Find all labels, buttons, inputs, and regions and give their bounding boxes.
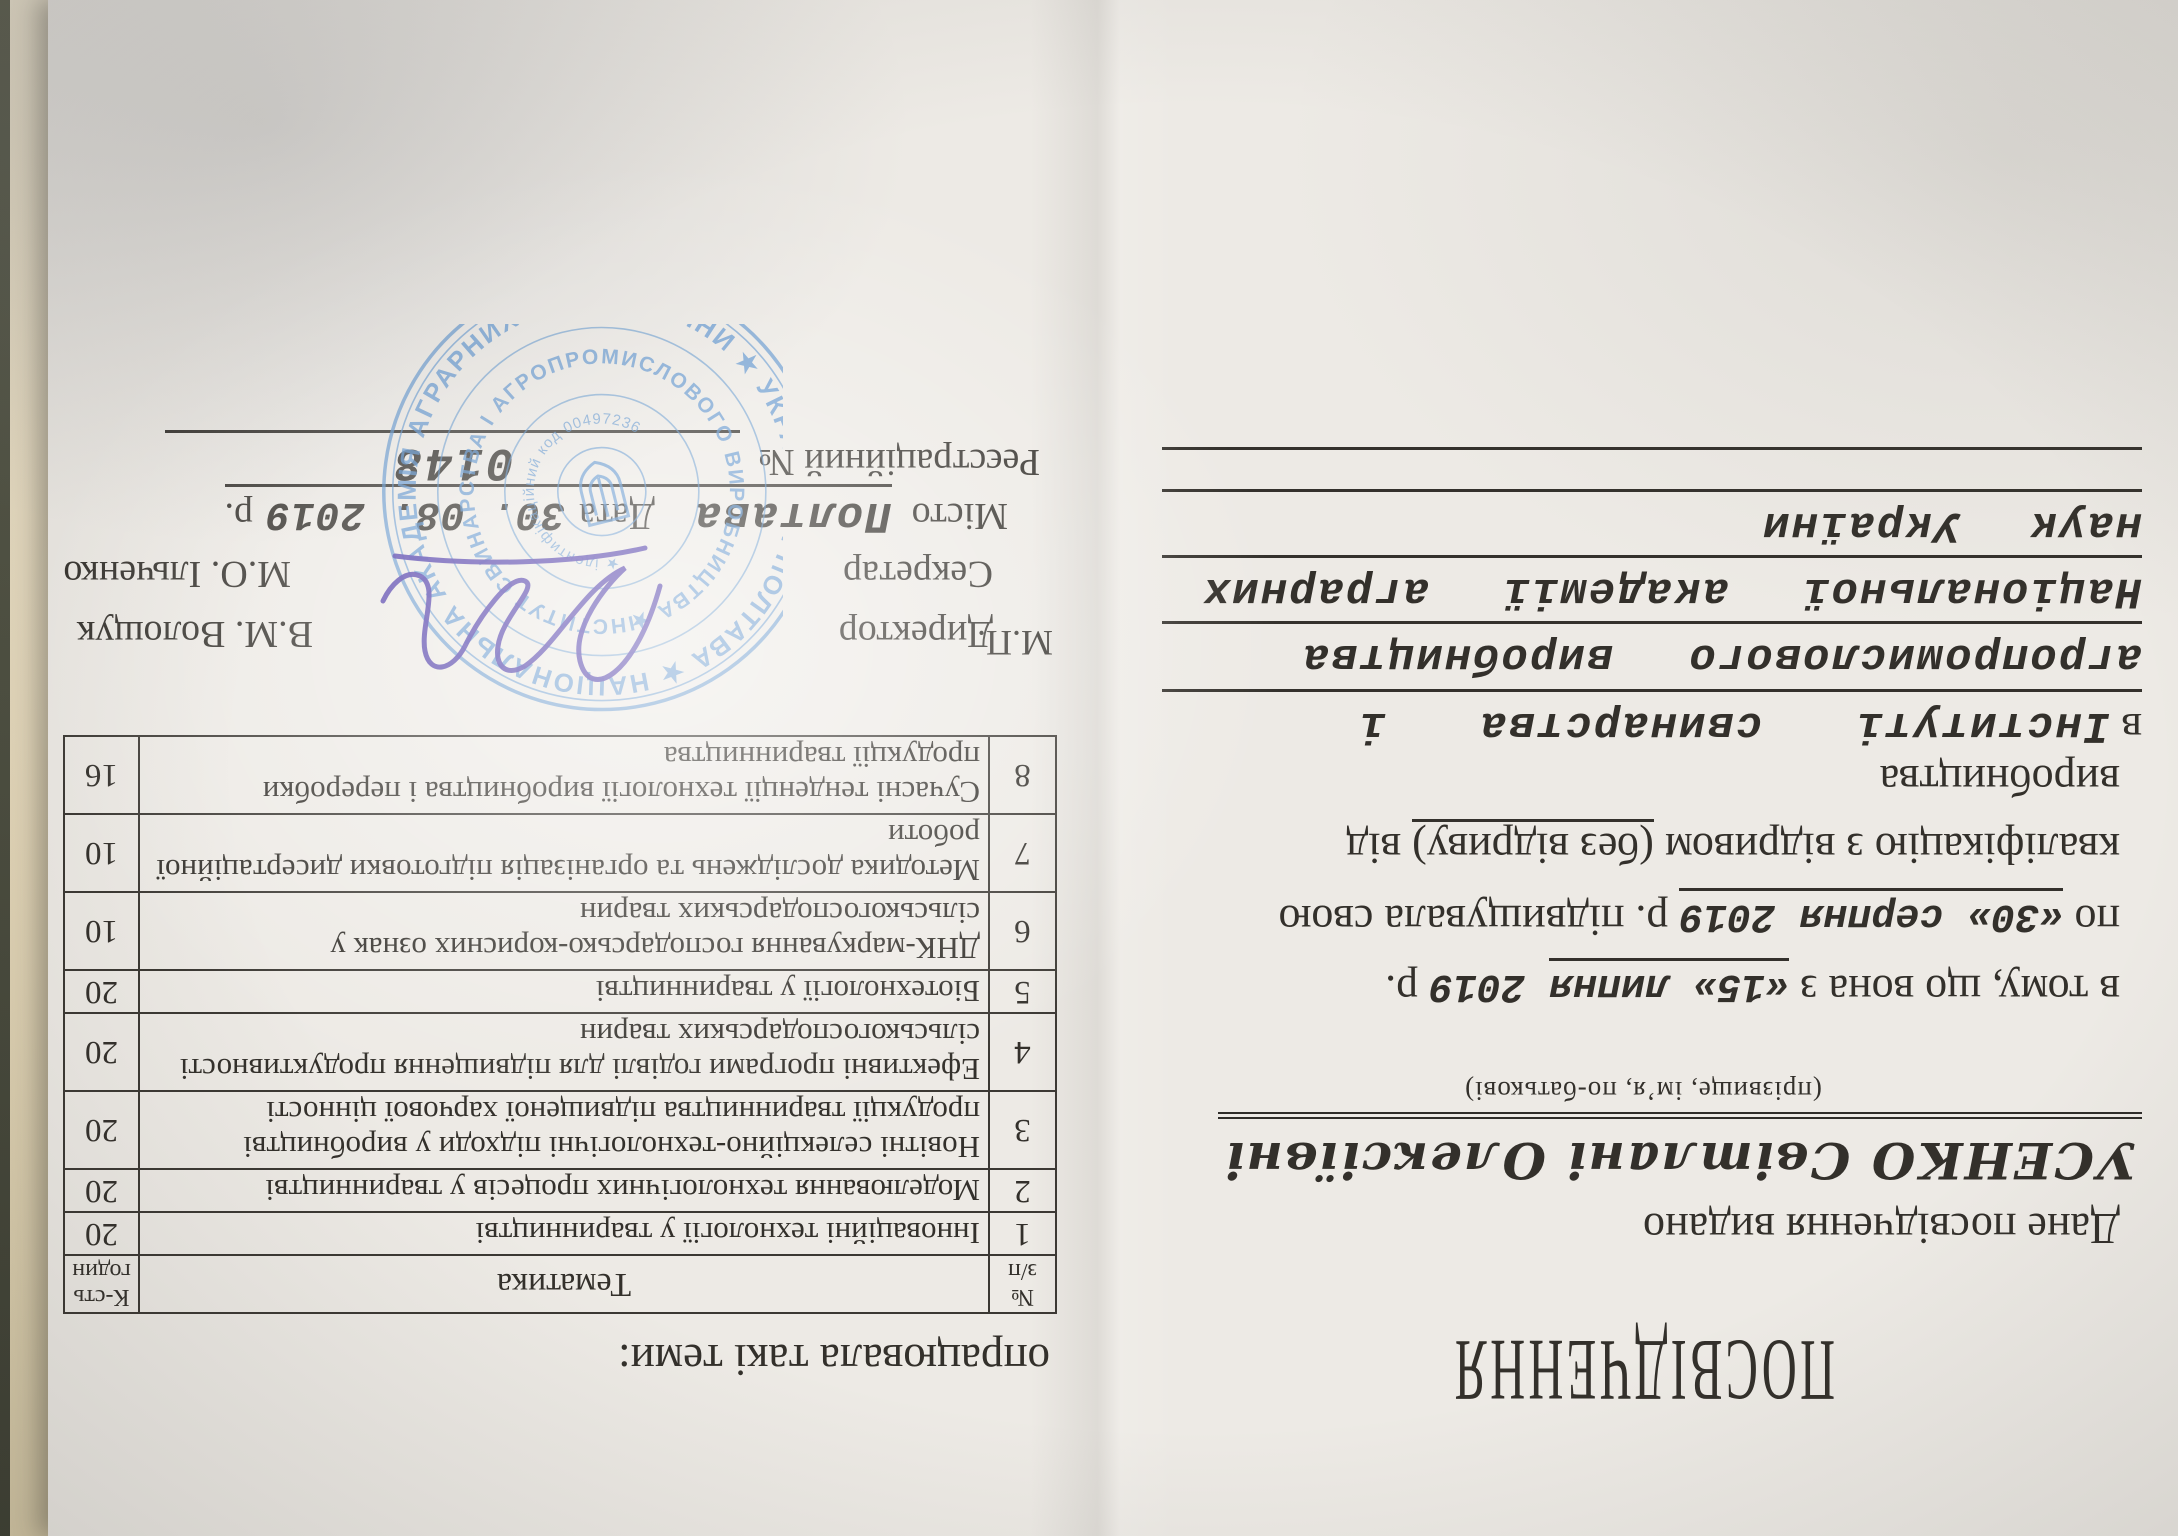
institute-line-1: в Інституті свинарства і	[1162, 689, 2142, 754]
certificate-right-page: опрацювала такі теми: № з/п Тематика К-с…	[45, 0, 1103, 1536]
qualification-line: кваліфікацію з відривом (без відриву) ві…	[1346, 823, 2120, 874]
director-label: Директор	[839, 612, 993, 656]
period-line-2: по «30» серпня 2019 р. підвищувала свою	[1279, 893, 2120, 946]
desk-edge-dark	[0, 0, 10, 1536]
institute-line-4: наук України	[1162, 489, 2142, 554]
recipient-name-line: УСЕНКО Світлані Олексіївні	[1218, 1112, 2142, 1190]
trident-emblem-icon	[575, 458, 628, 526]
topics-heading: опрацювала такі теми:	[618, 1334, 1050, 1386]
institute-name-part-3: Національної академії аграрних	[1202, 566, 2142, 616]
institute-line-3: Національної академії аграрних	[1162, 555, 2142, 620]
secretary-label: Секретар	[843, 552, 993, 596]
topics-header-row: № з/п Тематика К-сть годин	[64, 1255, 1056, 1313]
date-suffix: р.	[225, 494, 254, 538]
date-to-value: «30» серпня 2019	[1679, 888, 2063, 938]
photo-of-certificate: { "certificate": { "title": "ПОСВІДЧЕННЯ…	[0, 0, 2178, 1536]
institute-name-part-2: агропромислового виробництва	[1301, 632, 2142, 682]
table-row: 1 Інноваційні технології у тваринництві …	[64, 1212, 1056, 1255]
certificate-left-page: ПОСВІДЧЕННЯ Дане посвідчення видано УСЕН…	[1138, 0, 2148, 1536]
institute-name-part-1: Інституті свинарства і	[1357, 700, 2110, 750]
table-row: 5 Біотехнології у тваринництві 20	[64, 970, 1056, 1013]
institute-name-part-4: наук України	[1761, 500, 2142, 550]
topics-table: № з/п Тематика К-сть годин 1 Інноваційні…	[63, 735, 1057, 1314]
director-name: В.М. Волощук	[77, 612, 313, 656]
registration-label: Реєстраційний №	[758, 441, 1040, 483]
city-label: Місто	[912, 495, 1008, 537]
production-line: виробництва	[1880, 755, 2120, 806]
table-row: 2 Моделювання технологічних процесів у т…	[64, 1169, 1056, 1212]
desk-edge	[10, 0, 48, 1536]
certificate-title: ПОСВІДЧЕННЯ	[1138, 1319, 2148, 1420]
recipient-name: УСЕНКО Світлані Олексіївні	[1223, 1131, 2136, 1190]
recipient-hint: (прізвище, ім’я, по-батькові)	[1138, 1075, 2148, 1106]
secretary-name: М.О. Ільченко	[63, 552, 291, 596]
date-from-year: 2019	[1429, 963, 1549, 1008]
period-line-1: в тому, що вона з «15» липня 2019 р.	[1385, 963, 2120, 1016]
table-row: 6 ДНК-маркування господарсько-корисних о…	[64, 892, 1056, 970]
certificate-document-upside-down: ПОСВІДЧЕННЯ Дане посвідчення видано УСЕН…	[45, 0, 2178, 1536]
issued-to-label: Дане посвідчення видано	[1643, 1203, 2120, 1254]
col-header-topic: Тематика	[139, 1255, 989, 1313]
table-row: 3 Новітні селекційно-технологічні підход…	[64, 1091, 1056, 1169]
table-row: 7 Методика досліджень та організація під…	[64, 814, 1056, 892]
col-header-hours: К-сть годин	[64, 1255, 139, 1313]
table-row: 4 Ефективні програми годівлі для підвище…	[64, 1013, 1056, 1091]
col-header-num: № з/п	[989, 1255, 1056, 1313]
director-signature-icon	[375, 526, 675, 736]
date-from-value: «15» липня	[1549, 958, 1789, 1008]
blank-rule-line	[1162, 447, 2142, 450]
without-leave-option: (без відриву)	[1412, 819, 1654, 873]
institute-line-2: агропромислового виробництва	[1162, 621, 2142, 686]
